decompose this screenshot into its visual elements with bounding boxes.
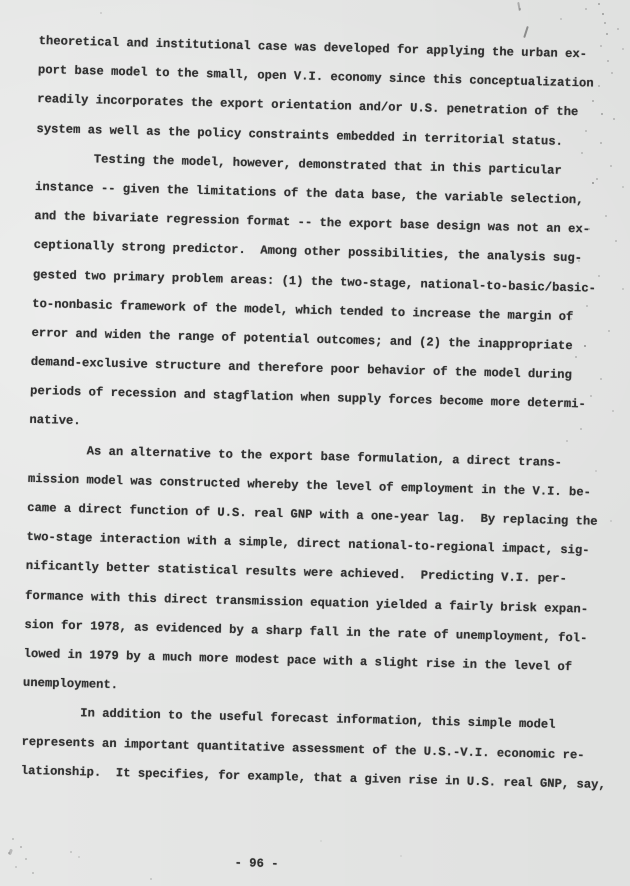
page-text: theoretical and institutional case was d… [18,27,630,886]
scan-streak-mark [8,849,13,856]
scan-streak-mark [517,2,521,11]
scan-streak-mark [523,26,529,38]
scan-speckles [0,0,2,2]
scanned-page: theoretical and institutional case was d… [0,0,630,886]
page-number: - 96 - [18,844,619,886]
